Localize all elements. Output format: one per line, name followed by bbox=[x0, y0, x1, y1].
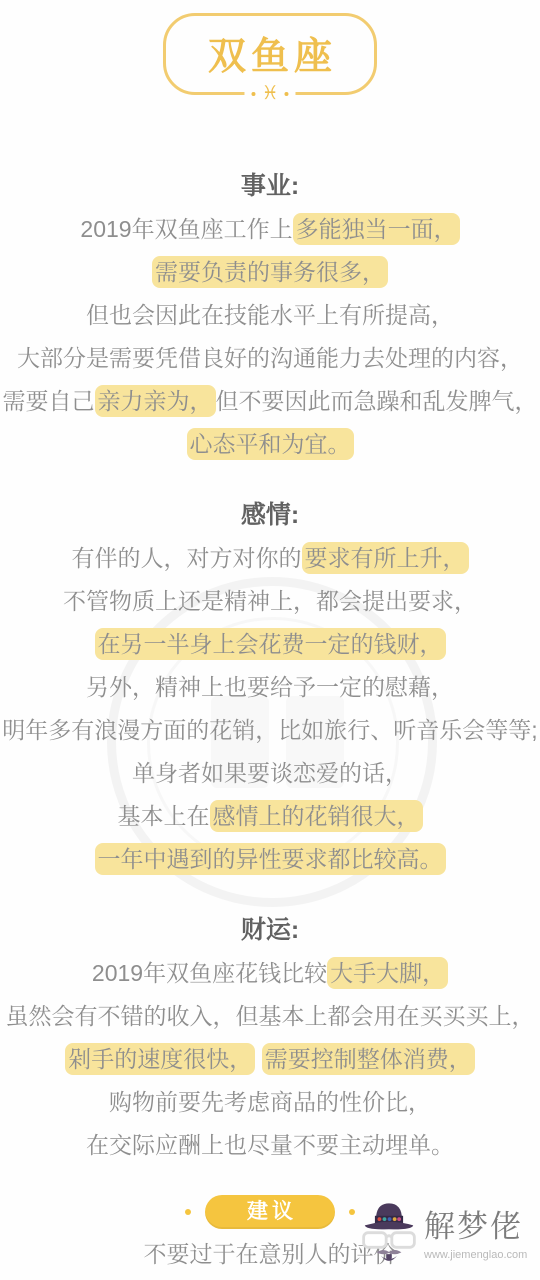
plain-text: 明年多有浪漫方面的花销，比如旅行、听音乐会等等; bbox=[2, 717, 537, 743]
plain-text: 2019年双鱼座工作上 bbox=[80, 216, 292, 242]
highlighted-text: 大手大脚， bbox=[327, 957, 448, 989]
plain-text: 购物前要先考虑商品的性价比， bbox=[109, 1089, 431, 1115]
dot-decoration bbox=[285, 92, 289, 96]
text-line: 2019年双鱼座工作上多能独当一面， bbox=[0, 208, 540, 251]
plain-text: 在交际应酬上也尽量不要主动埋单。 bbox=[86, 1132, 454, 1158]
text-line: 在另一半身上会花费一定的钱财， bbox=[0, 623, 540, 666]
section-love: 感情:有伴的人，对方对你的要求有所上升，不管物质上还是精神上，都会提出要求，在另… bbox=[0, 494, 540, 881]
plain-text: 另外，精神上也要给予一定的慰藉， bbox=[86, 674, 454, 700]
highlighted-text: 感情上的花销很大， bbox=[210, 800, 423, 832]
highlighted-text: 亲力亲为， bbox=[95, 385, 216, 417]
text-line: 基本上在感情上的花销很大， bbox=[0, 795, 540, 838]
plain-text: 不管物质上还是精神上，都会提出要求， bbox=[63, 588, 477, 614]
text-line: 不管物质上还是精神上，都会提出要求， bbox=[0, 580, 540, 623]
text-line: 单身者如果要谈恋爱的话， bbox=[0, 752, 540, 795]
text-line: 另外，精神上也要给予一定的慰藉， bbox=[0, 666, 540, 709]
text-line: 需要负责的事务很多， bbox=[0, 251, 540, 294]
highlighted-text: 一年中遇到的异性要求都比较高。 bbox=[95, 843, 446, 875]
plain-text: 2019年双鱼座花钱比较 bbox=[92, 960, 327, 986]
section-heading: 事业: bbox=[0, 165, 540, 208]
section-career: 事业:2019年双鱼座工作上多能独当一面，需要负责的事务很多，但也会因此在技能水… bbox=[0, 165, 540, 466]
highlighted-text: 在另一半身上会花费一定的钱财， bbox=[95, 628, 446, 660]
zodiac-title: 双鱼座 bbox=[203, 25, 337, 80]
highlighted-text: 多能独当一面， bbox=[293, 213, 460, 245]
watermark-site-name: 解梦佬 bbox=[424, 1201, 523, 1246]
plain-text: 有伴的人，对方对你的 bbox=[72, 545, 302, 571]
text-line: 一年中遇到的异性要求都比较高。 bbox=[0, 838, 540, 881]
section-heading: 感情: bbox=[0, 494, 540, 537]
section-heading: 财运: bbox=[0, 909, 540, 952]
text-line: 2019年双鱼座花钱比较大手大脚， bbox=[0, 952, 540, 995]
sections: 事业:2019年双鱼座工作上多能独当一面，需要负责的事务很多，但也会因此在技能水… bbox=[0, 165, 540, 1167]
plain-text: 但也会因此在技能水平上有所提高， bbox=[86, 302, 454, 328]
highlighted-text: 心态平和为宜。 bbox=[187, 428, 354, 460]
site-watermark: 解梦佬 www.jiemenglao.com bbox=[358, 1188, 534, 1274]
text-line: 大部分是需要凭借良好的沟通能力去处理的内容， bbox=[0, 337, 540, 380]
section-wealth: 财运:2019年双鱼座花钱比较大手大脚，虽然会有不错的收入，但基本上都会用在买买… bbox=[0, 909, 540, 1167]
zodiac-badge: 双鱼座 ♓ bbox=[163, 13, 377, 95]
zodiac-symbol-row: ♓ bbox=[244, 82, 295, 106]
plain-text: 但不要因此而急躁和乱发脾气， bbox=[216, 388, 538, 414]
highlighted-text: 需要控制整体消费， bbox=[262, 1043, 475, 1075]
text-line: 购物前要先考虑商品的性价比， bbox=[0, 1081, 540, 1124]
highlighted-text: 要求有所上升， bbox=[302, 542, 469, 574]
text-line: 有伴的人，对方对你的要求有所上升， bbox=[0, 537, 540, 580]
highlighted-text: 需要负责的事务很多， bbox=[152, 256, 388, 288]
dot-decoration bbox=[185, 1209, 191, 1215]
plain-text: 虽然会有不错的收入，但基本上都会用在买买买上， bbox=[6, 1003, 535, 1029]
dot-decoration bbox=[349, 1209, 355, 1215]
watermark-site-url: www.jiemenglao.com bbox=[424, 1249, 527, 1261]
text-line: 心态平和为宜。 bbox=[0, 423, 540, 466]
plain-text: 基本上在 bbox=[118, 803, 210, 829]
pisces-icon: ♓ bbox=[261, 82, 278, 106]
plain-text: 需要自己 bbox=[3, 388, 95, 414]
watermark-texts: 解梦佬 www.jiemenglao.com bbox=[424, 1201, 527, 1261]
horoscope-card: 双鱼座 ♓ 事业:2019年双鱼座工作上多能独当一面，需要负责的事务很多，但也会… bbox=[0, 0, 540, 1280]
dot-decoration bbox=[251, 92, 255, 96]
plain-text: 单身者如果要谈恋爱的话， bbox=[132, 760, 408, 786]
text-line: 明年多有浪漫方面的花销，比如旅行、听音乐会等等; bbox=[0, 709, 540, 752]
text-line: 需要自己亲力亲为，但不要因此而急躁和乱发脾气， bbox=[0, 380, 540, 423]
text-line: 虽然会有不错的收入，但基本上都会用在买买买上， bbox=[0, 995, 540, 1038]
text-line: 在交际应酬上也尽量不要主动埋单。 bbox=[0, 1124, 540, 1167]
plain-text: 大部分是需要凭借良好的沟通能力去处理的内容， bbox=[17, 345, 523, 371]
highlighted-text: 剁手的速度很快， bbox=[65, 1043, 255, 1075]
plain-text bbox=[255, 1046, 261, 1072]
text-line: 但也会因此在技能水平上有所提高， bbox=[0, 294, 540, 337]
text-line: 剁手的速度很快， 需要控制整体消费， bbox=[0, 1038, 540, 1081]
suggestion-pill: 建议 bbox=[205, 1195, 335, 1229]
mascot-face-icon bbox=[358, 1188, 420, 1274]
